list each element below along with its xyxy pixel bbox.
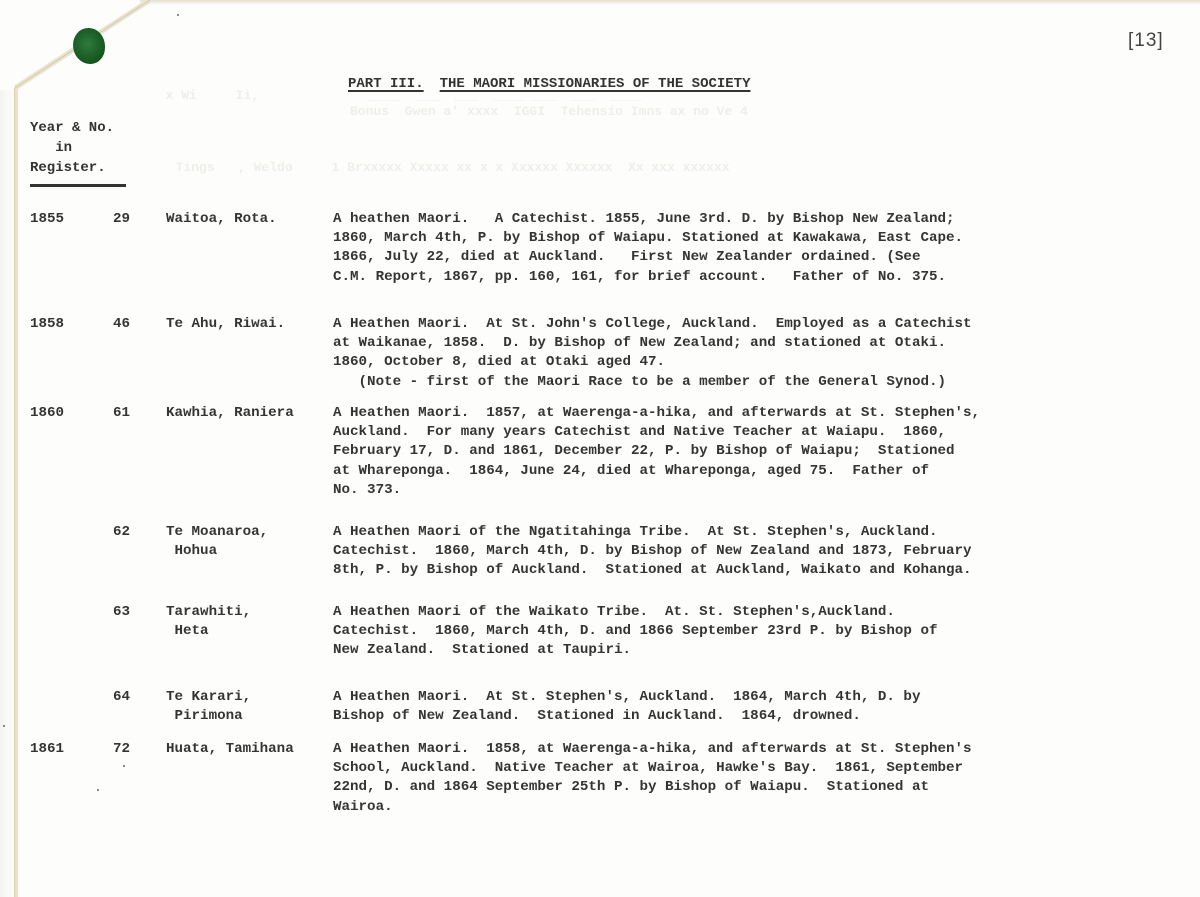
entry-description: A Heathen Maori. At St. Stephen's, Auckl… — [333, 688, 1173, 726]
entry-description: A Heathen Maori. 1858, at Waerenga-a-hik… — [333, 740, 1173, 817]
ink-speck — [123, 765, 125, 767]
entry-number: 61 — [113, 404, 130, 423]
ink-speck — [97, 789, 99, 791]
bleed-through-text: Tings , Weldo 1 Brxxxxx Xxxxx xx x x Xxx… — [160, 160, 730, 175]
page-number: [13] — [1128, 30, 1164, 52]
ink-speck — [177, 14, 179, 16]
entry-description: A Heathen Maori of the Ngatitahinga Trib… — [333, 523, 1173, 581]
entry-name: Huata, Tamihana — [166, 740, 294, 759]
entry-number: 29 — [113, 210, 130, 229]
entry-number: 63 — [113, 603, 130, 622]
entry-name: Te Ahu, Riwai. — [166, 315, 285, 334]
entry-number: 72 — [113, 740, 130, 759]
entry-name: Te Karari, Pirimona — [166, 688, 251, 726]
entry-year: 1861 — [30, 740, 64, 759]
entry-number: 62 — [113, 523, 130, 542]
column-header: Year & No. in Register. — [30, 118, 114, 178]
entry-name: Waitoa, Rota. — [166, 210, 277, 229]
page-top-edge — [140, 0, 1200, 5]
entry-year: 1858 — [30, 315, 64, 334]
entry-name: Kawhia, Raniera — [166, 404, 294, 423]
entry-number: 64 — [113, 688, 130, 707]
entry-name: Tarawhiti, Heta — [166, 603, 251, 641]
entry-year: 1860 — [30, 404, 64, 423]
column-header-rule — [30, 184, 126, 187]
entry-description: A heathen Maori. A Catechist. 1855, June… — [333, 210, 1173, 287]
entry-year: 1855 — [30, 210, 64, 229]
entry-name: Te Moanaroa, Hohua — [166, 523, 268, 561]
entry-description: A Heathen Maori. At St. John's College, … — [333, 315, 1173, 392]
entry-description: A Heathen Maori of the Waikato Tribe. At… — [333, 603, 1173, 661]
entry-number: 46 — [113, 315, 130, 334]
ink-speck — [3, 725, 5, 727]
green-tag-knot-icon — [73, 28, 105, 64]
binding-tape — [14, 88, 18, 897]
entry-description: A Heathen Maori. 1857, at Waerenga-a-hik… — [333, 404, 1173, 500]
bleed-through-text: x Wi Ii, ____ ___ ___ ____ ___ ___ ____ — [150, 88, 641, 103]
bleed-through-text: Bonus Gwen a' xxxx IGGI Tehensio Imns ax… — [350, 104, 748, 119]
binding-shadow — [0, 90, 14, 897]
